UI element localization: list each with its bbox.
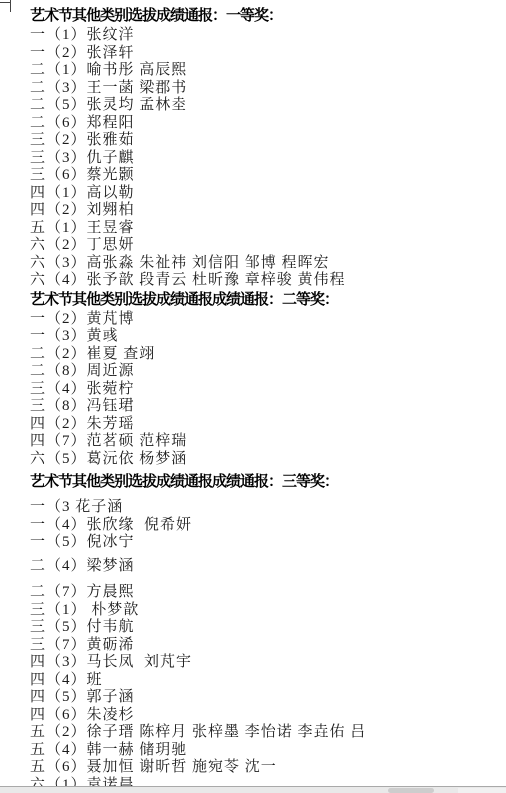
award-line: 二（1）喻书彤 高辰熙	[30, 62, 498, 80]
award-line: 三（1） 朴梦歆	[30, 602, 498, 620]
award-line: 四（6）朱凌杉	[30, 707, 498, 725]
award-line: 三（6）蔡光颢	[30, 167, 498, 185]
section-header: 艺术节其他类别选拔成绩通报成绩通报：二等奖：	[30, 290, 498, 310]
award-section: 艺术节其他类别选拔成绩通报：一等奖：一（1）张纹洋一（2）张泽轩二（1）喻书彤 …	[30, 6, 498, 290]
award-line: 四（2）刘翙柏	[30, 202, 498, 220]
award-line: 三（4）张菀柠	[30, 381, 498, 399]
award-section: 艺术节其他类别选拔成绩通报成绩通报：二等奖：一（2）黄芃博一（3）黄彧二（2）崔…	[30, 290, 498, 469]
award-line: 四（4）班	[30, 672, 498, 690]
scrollbar-corner	[458, 788, 506, 793]
award-line: 六（3）高张淼 朱祉祎 刘信阳 邹博 程晖宏	[30, 255, 498, 273]
award-line: 二（4）梁梦涵	[30, 558, 498, 576]
award-line: 一（1）张纹洋	[30, 27, 498, 45]
award-line: 一（3）黄彧	[30, 328, 498, 346]
award-line: 一（3 花子涵	[30, 499, 498, 517]
award-line: 三（5）付韦航	[30, 619, 498, 637]
award-line: 四（2）朱芳瑶	[30, 416, 498, 434]
award-line: 二（7）方晨熙	[30, 584, 498, 602]
award-line: 三（2）张雅茹	[30, 132, 498, 150]
award-line: 五（1）王昱睿	[30, 220, 498, 238]
award-line: 四（1）高以勒	[30, 185, 498, 203]
document-page: 艺术节其他类别选拔成绩通报：一等奖：一（1）张纹洋一（2）张泽轩二（1）喻书彤 …	[0, 0, 506, 793]
award-line: 二（6）郑程阳	[30, 115, 498, 133]
award-line: 二（5）张灵均 孟林坴	[30, 97, 498, 115]
award-line: 二（2）崔夏 查翊	[30, 346, 498, 364]
award-line: 五（2）徐子瑨 陈梓月 张梓墨 李怡诺 李垚佑 吕	[30, 724, 498, 742]
section-header: 艺术节其他类别选拔成绩通报成绩通报：三等奖：	[30, 472, 498, 492]
award-line: 六（2）丁思妍	[30, 237, 498, 255]
award-line: 六（5）葛沅依 杨梦涵	[30, 451, 498, 469]
horizontal-scrollbar-track[interactable]	[0, 786, 506, 793]
award-line: 一（2）黄芃博	[30, 311, 498, 329]
award-line: 四（7）范茗硕 范梓瑞	[30, 433, 498, 451]
award-line: 五（6）聂加恒 谢昕哲 施宛苓 沈一	[30, 759, 498, 777]
award-line: 五（4）韩一赫 储玥驰	[30, 742, 498, 760]
award-line: 三（8）冯钰珺	[30, 398, 498, 416]
award-line: 四（3）马长凤 刘芃宇	[30, 654, 498, 672]
award-line: 四（5）郭子涵	[30, 689, 498, 707]
award-line: 六（4）张予歆 段青云 杜昕豫 章梓骏 黄伟程	[30, 272, 498, 290]
award-line: 一（2）张泽轩	[30, 45, 498, 63]
award-line: 一（4）张欣缘 倪希妍	[30, 517, 498, 535]
document-sections: 艺术节其他类别选拔成绩通报：一等奖：一（1）张纹洋一（2）张泽轩二（1）喻书彤 …	[30, 6, 498, 793]
award-line: 三（7）黄砺浠	[30, 637, 498, 655]
award-section: 艺术节其他类别选拔成绩通报成绩通报：三等奖：一（3 花子涵一（4）张欣缘 倪希妍…	[30, 472, 498, 793]
section-header: 艺术节其他类别选拔成绩通报：一等奖：	[30, 6, 498, 26]
award-line: 三（3）仇子麒	[30, 150, 498, 168]
horizontal-scrollbar-thumb[interactable]	[388, 788, 434, 793]
award-line: 二（3）王一菡 梁郡书	[30, 80, 498, 98]
award-line: 一（5）倪冰宁	[30, 534, 498, 552]
award-line: 二（8）周近源	[30, 363, 498, 381]
